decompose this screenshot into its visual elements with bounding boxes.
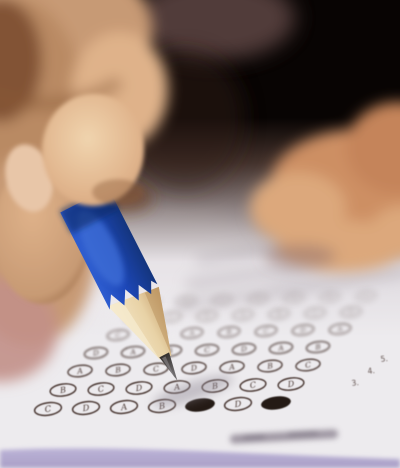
bubble-letter: A [129, 347, 136, 357]
bubble-letter: B [225, 328, 232, 337]
question-number: 5. [380, 354, 388, 364]
bubble-letter: B [58, 384, 66, 395]
bubble-letter: A [188, 329, 195, 338]
bubble-letter: A [119, 402, 127, 413]
bubble-letter: D [189, 363, 197, 373]
exam-photo: ABCDABCBCDABCDCDABCDADABCDABABCDABCBCDAB… [0, 0, 400, 468]
photo-svg: ABCDABCBCDABCDCDABCDADABCDABABCDABCBCDAB… [0, 0, 400, 468]
bubble-letter: D [239, 344, 247, 354]
bubble-letter: A [277, 343, 284, 353]
bubble-letter: D [254, 296, 261, 304]
bubble-letter: D [233, 399, 242, 410]
bubble-letter: D [91, 348, 99, 358]
bubble-letter: D [81, 403, 90, 414]
bubble-letter: A [336, 325, 343, 334]
index-fingertip [42, 94, 144, 206]
question-number: 4. [367, 366, 375, 376]
question-number: 3. [351, 378, 359, 388]
